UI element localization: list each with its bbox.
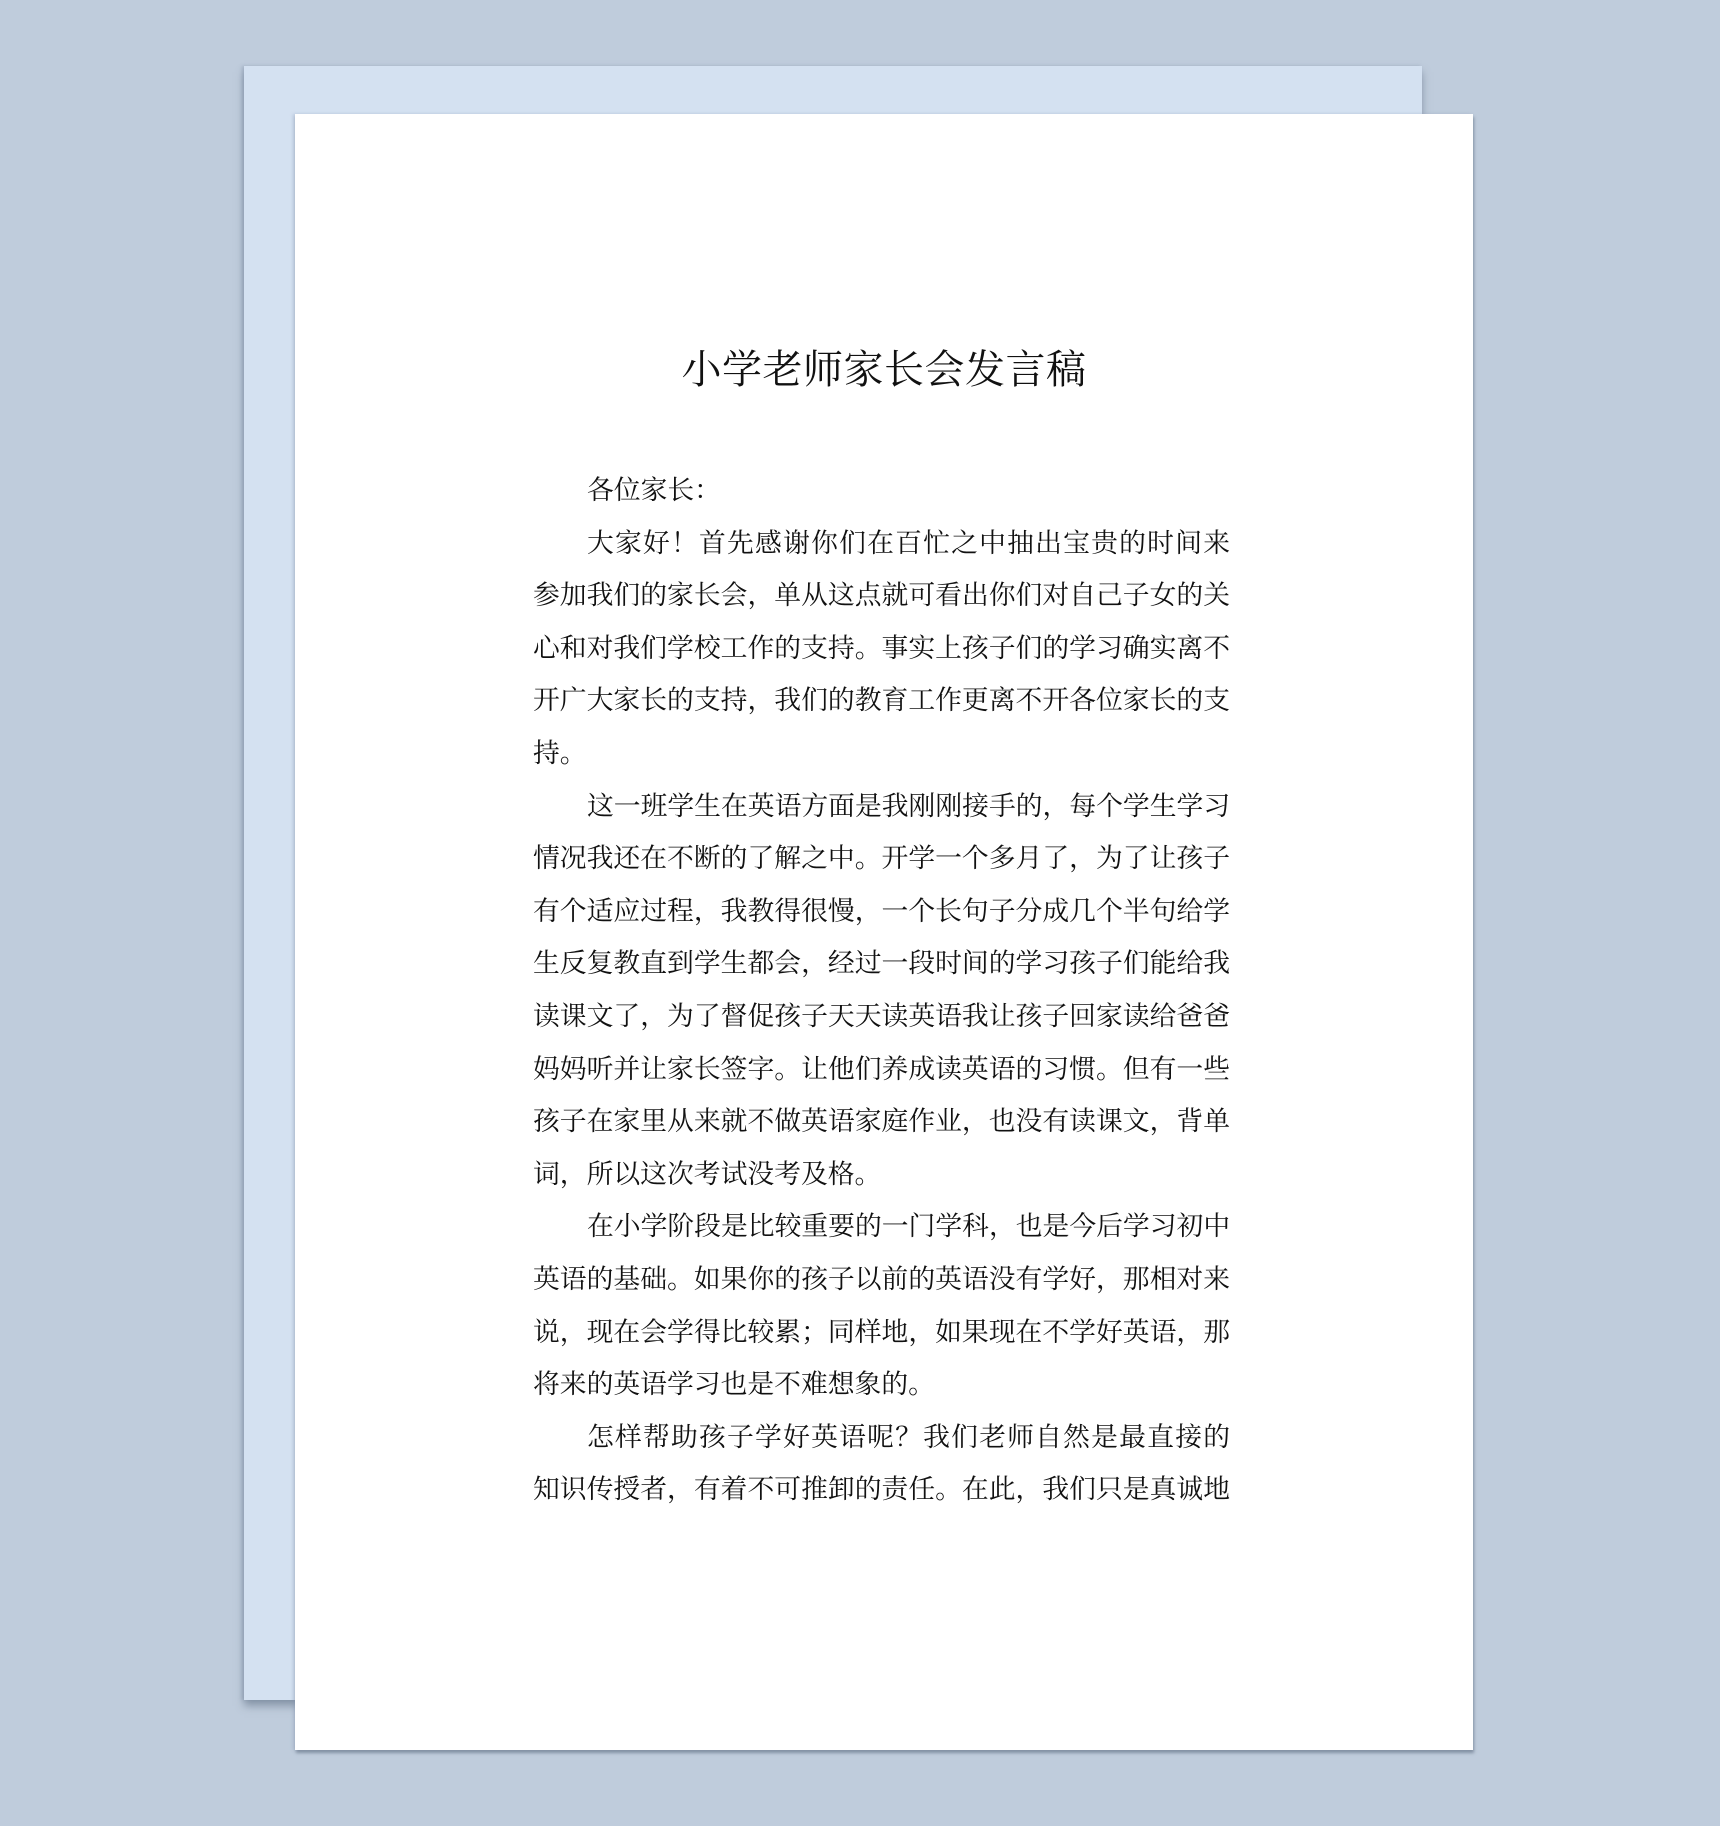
text-line: 妈妈听并让家长签字。让他们养成读英语的习惯。但有一些	[533, 1044, 1230, 1097]
document-page: 小学老师家长会发言稿 各位家长： 大家好！首先感谢你们在百忙之中抽出宝贵的时间来…	[295, 114, 1473, 1750]
text-line: 知识传授者，有着不可推卸的责任。在此，我们只是真诚地	[533, 1464, 1230, 1517]
text-line: 有个适应过程，我教得很慢，一个长句子分成几个半句给学	[533, 886, 1230, 939]
text-line: 孩子在家里从来就不做英语家庭作业，也没有读课文，背单	[533, 1096, 1230, 1149]
paragraph: 怎样帮助孩子学好英语呢？我们老师自然是最直接的 知识传授者，有着不可推卸的责任。…	[533, 1412, 1230, 1517]
text-line: 在小学阶段是比较重要的一门学科，也是今后学习初中	[533, 1201, 1230, 1254]
paragraph: 大家好！首先感谢你们在百忙之中抽出宝贵的时间来 参加我们的家长会，单从这点就可看…	[533, 518, 1230, 781]
text-line: 词，所以这次考试没考及格。	[533, 1149, 1230, 1202]
text-line: 心和对我们学校工作的支持。事实上孩子们的学习确实离不	[533, 623, 1230, 676]
text-line: 生反复教直到学生都会，经过一段时间的学习孩子们能给我	[533, 938, 1230, 991]
text-line: 情况我还在不断的了解之中。开学一个多月了，为了让孩子	[533, 833, 1230, 886]
text-line: 英语的基础。如果你的孩子以前的英语没有学好，那相对来	[533, 1254, 1230, 1307]
document-title: 小学老师家长会发言稿	[295, 346, 1473, 394]
paragraph: 这一班学生在英语方面是我刚刚接手的，每个学生学习 情况我还在不断的了解之中。开学…	[533, 781, 1230, 1202]
text-line: 说，现在会学得比较累；同样地，如果现在不学好英语，那	[533, 1307, 1230, 1360]
text-line: 大家好！首先感谢你们在百忙之中抽出宝贵的时间来	[533, 518, 1230, 571]
text-line: 参加我们的家长会，单从这点就可看出你们对自己子女的关	[533, 570, 1230, 623]
paragraph: 在小学阶段是比较重要的一门学科，也是今后学习初中 英语的基础。如果你的孩子以前的…	[533, 1201, 1230, 1411]
document-body: 各位家长： 大家好！首先感谢你们在百忙之中抽出宝贵的时间来 参加我们的家长会，单…	[533, 465, 1230, 1517]
text-line: 这一班学生在英语方面是我刚刚接手的，每个学生学习	[533, 781, 1230, 834]
text-line: 读课文了，为了督促孩子天天读英语我让孩子回家读给爸爸	[533, 991, 1230, 1044]
text-line: 怎样帮助孩子学好英语呢？我们老师自然是最直接的	[533, 1412, 1230, 1465]
greeting-line: 各位家长：	[533, 465, 1230, 518]
text-line: 持。	[533, 728, 1230, 781]
text-line: 开广大家长的支持，我们的教育工作更离不开各位家长的支	[533, 675, 1230, 728]
text-line: 将来的英语学习也是不难想象的。	[533, 1359, 1230, 1412]
